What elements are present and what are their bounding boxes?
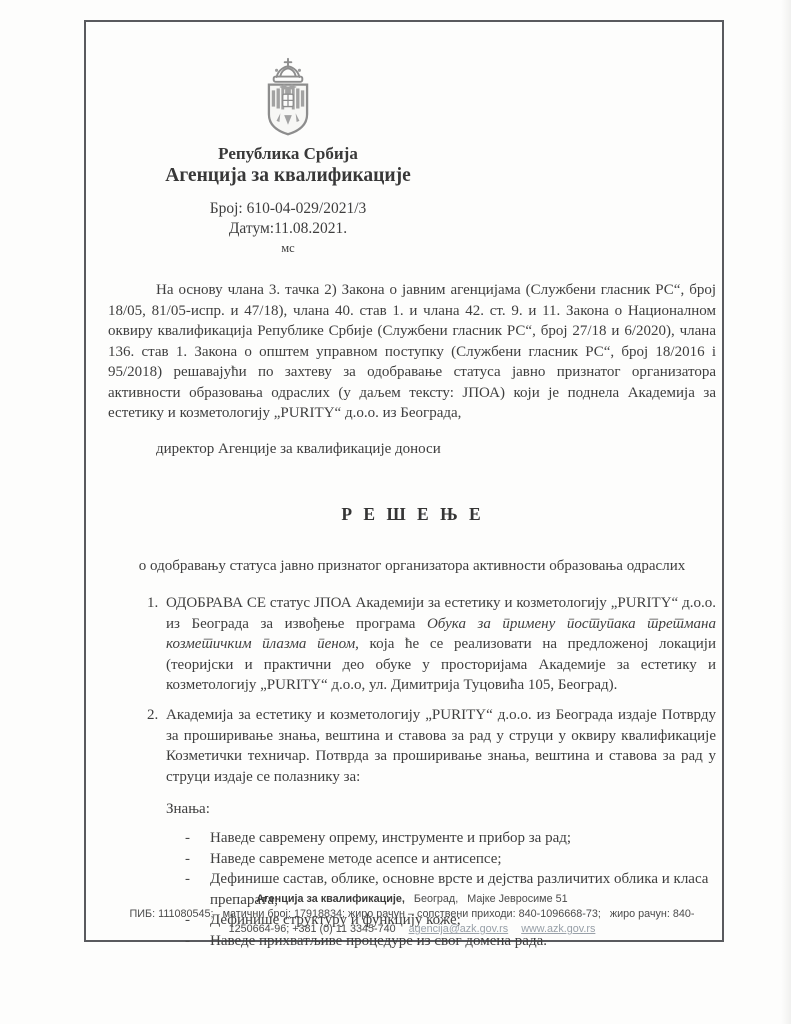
letterhead: Република Србија Агенција за квалификаци… [108,56,468,256]
knowledge-heading: Знања: [108,799,716,820]
item-number: 1. [147,593,158,614]
clerk-initials: мс [108,241,468,256]
footer-org-address: Мајке Јевросиме 51 [467,893,567,905]
scanned-document-page: Република Србија Агенција за квалификаци… [0,0,791,1024]
item-number: 2. [147,705,158,726]
footer-org-name: Агенција за квалификације, [256,893,405,905]
decision-subtitle: о одобравању статуса јавно признатог орг… [122,556,702,577]
item-text: Академија за естетику и козметологију „P… [166,707,716,785]
letter-footer: Агенција за квалификације, Београд, Мајк… [108,892,716,937]
document-date: Датум:11.08.2021. [108,219,468,239]
knowledge-item: Наведе савремене методе асепсе и антисеп… [210,849,716,870]
country-name: Република Србија [108,143,468,164]
decision-items: 1. ОДОБРАВА СЕ статус ЈПОА Академији за … [108,593,716,787]
document-frame: Република Србија Агенција за квалификаци… [84,20,724,942]
agency-name: Агенција за квалификације [108,164,468,188]
decision-title: Р Е Ш Е Њ Е [108,503,716,526]
director-line: директор Агенције за квалификације донос… [108,439,716,460]
footer-email-link[interactable]: agencija@azk.gov.rs [409,923,509,935]
footer-pib: ПИБ: 111080545; [130,908,214,920]
footer-website-link[interactable]: www.azk.gov.rs [521,923,595,935]
footer-org-line: Агенција за квалификације, Београд, Мајк… [108,892,716,907]
document-content: Република Србија Агенција за квалификаци… [108,22,716,940]
decision-item-2: 2. Академија за естетику и козметологију… [166,705,716,787]
preamble-paragraph: На основу члана 3. тачка 2) Закона о јав… [108,280,716,424]
footer-info-line: ПИБ: 111080545; матични број: 17918834; … [108,907,716,937]
knowledge-item: Наведе савремену опрему, инструменте и п… [210,828,716,849]
decision-item-1: 1. ОДОБРАВА СЕ статус ЈПОА Академији за … [166,593,716,696]
serbia-coat-of-arms-icon [108,56,468,140]
footer-org-city: Београд, [414,893,458,905]
document-number: Број: 610-04-029/2021/3 [108,199,468,219]
footer-registry: матични број: 17918834; жиро рачун – соп… [223,908,601,920]
